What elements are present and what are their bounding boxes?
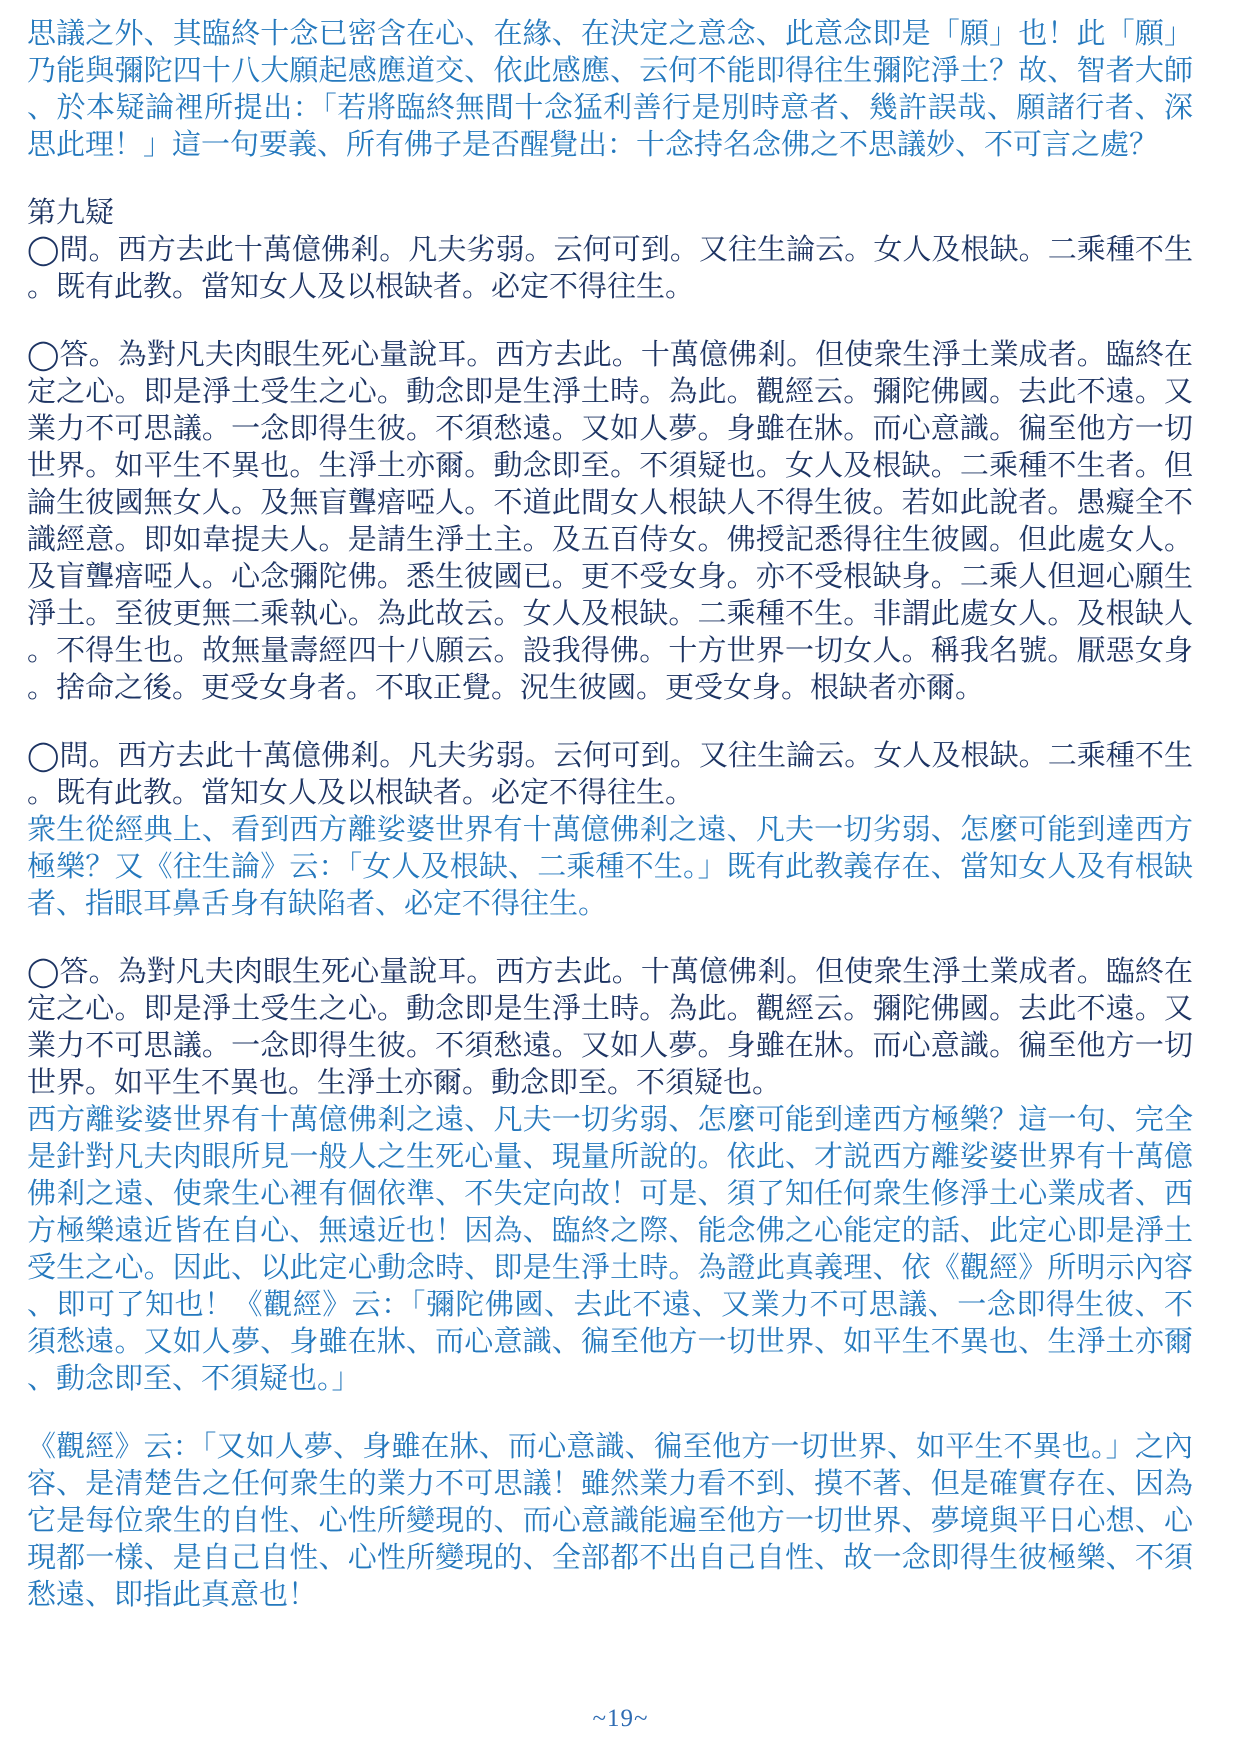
page-number: ~19~ [0, 1705, 1241, 1733]
question-2-paragraph: ◯問。西方去此十萬億佛剎。凡夫劣弱。云何可到。又往生論云。女人及根缺。二乘種不生… [27, 738, 1193, 812]
answer-2-commentary-paragraph: 西方離娑婆世界有十萬億佛剎之遠、凡夫一切劣弱、怎麼可能到達西方極樂？這一句、完全… [27, 1102, 1193, 1398]
question-1-paragraph: ◯問。西方去此十萬億佛剎。凡夫劣弱。云何可到。又往生論云。女人及根缺。二乘種不生… [27, 232, 1193, 306]
closing-commentary-paragraph: 《觀經》云：「又如人夢、身雖在牀、而心意識、徧至他方一切世界、如平生不異也。」之… [27, 1429, 1193, 1614]
question-2-commentary-paragraph: 衆生從經典上、看到西方離娑婆世界有十萬億佛剎之遠、凡夫一切劣弱、怎麼可能到達西方… [27, 812, 1193, 923]
answer-1-paragraph: ◯答。為對凡夫肉眼生死心量說耳。西方去此。十萬億佛剎。但使衆生淨土業成者。臨終在… [27, 337, 1193, 707]
intro-commentary-paragraph: 思議之外、其臨終十念已密含在心、在緣、在決定之意念、此意念即是「願」也！此「願」… [27, 16, 1193, 164]
answer-2-paragraph: ◯答。為對凡夫肉眼生死心量說耳。西方去此。十萬億佛剎。但使衆生淨土業成者。臨終在… [27, 954, 1193, 1102]
document-page: 思議之外、其臨終十念已密含在心、在緣、在決定之意念、此意念即是「願」也！此「願」… [0, 0, 1241, 1755]
section-heading-ninth-doubt: 第九疑 [27, 195, 1193, 232]
